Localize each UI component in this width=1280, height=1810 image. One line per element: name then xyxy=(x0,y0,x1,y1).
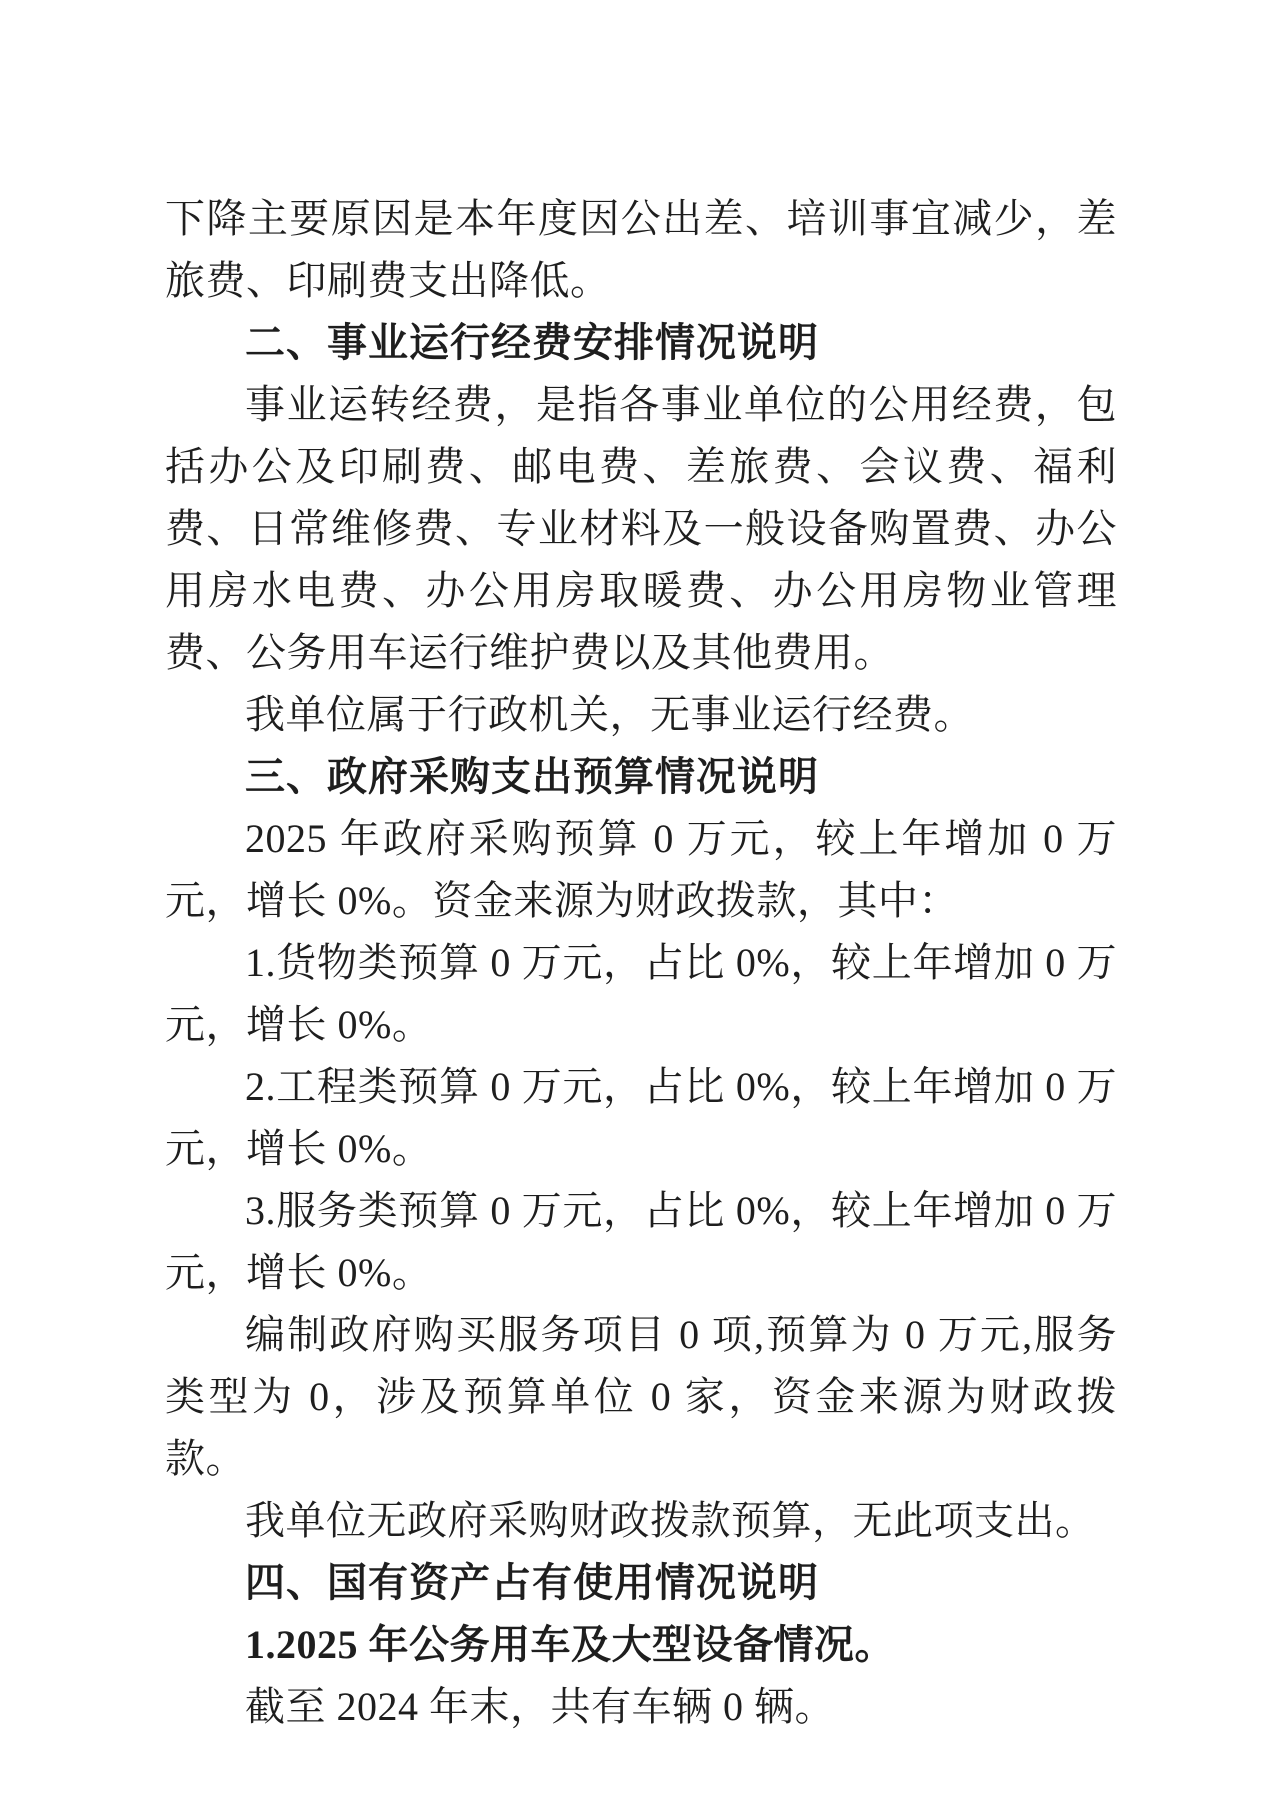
paragraph-procurement-budget-overview: 2025 年政府采购预算 0 万元，较上年增加 0 万元，增长 0%。资金来源为… xyxy=(165,808,1117,932)
heading-section-2-operating-funds: 二、事业运行经费安排情况说明 xyxy=(165,312,1117,374)
paragraph-vehicle-count: 截至 2024 年末，共有车辆 0 辆。 xyxy=(165,1676,1117,1738)
document-page: 下降主要原因是本年度因公出差、培训事宜减少，差旅费、印刷费支出降低。 二、事业运… xyxy=(0,0,1280,1810)
paragraph-operating-funds-definition: 事业运转经费，是指各事业单位的公用经费，包括办公及印刷费、邮电费、差旅费、会议费… xyxy=(165,374,1117,684)
subheading-vehicles-and-equipment: 1.2025 年公务用车及大型设备情况。 xyxy=(165,1614,1117,1676)
paragraph-goods-category-budget: 1.货物类预算 0 万元，占比 0%，较上年增加 0 万元，增长 0%。 xyxy=(165,932,1117,1056)
paragraph-engineering-category-budget: 2.工程类预算 0 万元，占比 0%，较上年增加 0 万元，增长 0%。 xyxy=(165,1056,1117,1180)
paragraph-expense-decrease-reason: 下降主要原因是本年度因公出差、培训事宜减少，差旅费、印刷费支出降低。 xyxy=(165,188,1117,312)
heading-section-3-gov-procurement: 三、政府采购支出预算情况说明 xyxy=(165,746,1117,808)
paragraph-services-category-budget: 3.服务类预算 0 万元，占比 0%，较上年增加 0 万元，增长 0%。 xyxy=(165,1180,1117,1304)
heading-section-4-state-assets: 四、国有资产占有使用情况说明 xyxy=(165,1552,1117,1614)
paragraph-purchased-services-projects: 编制政府购买服务项目 0 项,预算为 0 万元,服务类型为 0，涉及预算单位 0… xyxy=(165,1304,1117,1490)
paragraph-no-operating-funds: 我单位属于行政机关，无事业运行经费。 xyxy=(165,684,1117,746)
paragraph-no-procurement-expenditure: 我单位无政府采购财政拨款预算，无此项支出。 xyxy=(165,1490,1117,1552)
